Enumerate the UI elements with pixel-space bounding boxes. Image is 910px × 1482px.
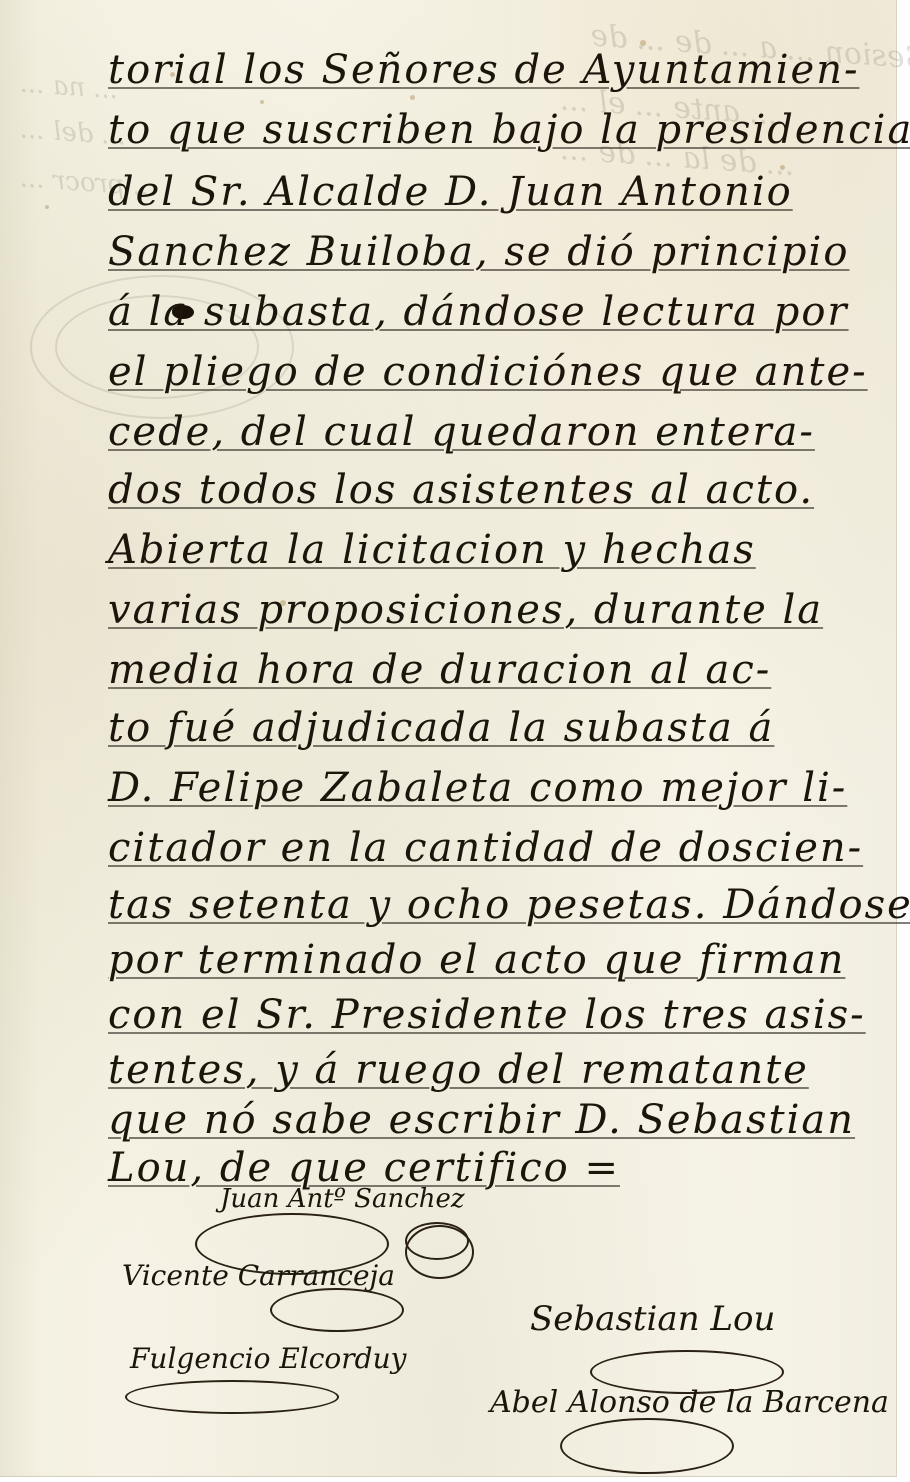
foxing-spot (410, 95, 415, 100)
signature-fulgencio-elcorduy: Fulgencio Elcorduy (130, 1345, 406, 1373)
manuscript-line: dos todos los asistentes al acto. (108, 470, 888, 510)
manuscript-page: Sesion ... a ... de ... de ... ante ... … (0, 0, 897, 1477)
foxing-spot (45, 205, 49, 209)
manuscript-line: Abierta la licitacion y hechas (108, 530, 888, 570)
manuscript-line: que nó sabe escribir D. Sebastian (108, 1100, 888, 1140)
signature-juan-antonio-sanchez: Juan Antº Sanchez (220, 1186, 465, 1212)
signature-flourish (405, 1222, 469, 1260)
manuscript-line: por terminado el acto que firman (108, 940, 888, 980)
manuscript-line: citador en la cantidad de doscien- (108, 828, 888, 868)
foxing-spot (260, 100, 264, 104)
signature-flourish (125, 1380, 339, 1414)
manuscript-line: con el Sr. Presidente los tres asis- (108, 995, 888, 1035)
signature-sebastian-lou: Sebastian Lou (530, 1302, 775, 1336)
manuscript-line: del Sr. Alcalde D. Juan Antonio (108, 172, 888, 212)
manuscript-line: tas setenta y ocho pesetas. Dándose (108, 885, 888, 925)
manuscript-line: cede, del cual quedaron entera- (108, 412, 888, 452)
manuscript-line: á la subasta, dándose lectura por (108, 292, 888, 332)
signature-abel-alonso-de-la-barcena: Abel Alonso de la Barcena (490, 1388, 889, 1418)
bleed-through-text: ... na ... (19, 69, 119, 106)
signature-vicente-carranceja: Vicente Carranceja (122, 1262, 395, 1290)
manuscript-line: to fué adjudicada la subasta á (108, 708, 888, 748)
manuscript-line: Sanchez Builoba, se dió principio (108, 232, 888, 272)
manuscript-line: el pliego de condiciónes que ante- (108, 352, 888, 392)
manuscript-line: varias proposiciones, durante la (108, 590, 888, 630)
manuscript-line: media hora de duracion al ac- (108, 650, 888, 690)
manuscript-line: tentes, y á ruego del rematante (108, 1050, 888, 1090)
signature-flourish (270, 1288, 404, 1332)
manuscript-line: torial los Señores de Ayuntamien- (108, 50, 888, 90)
foxing-spot (640, 40, 646, 46)
manuscript-line: D. Felipe Zabaleta como mejor li- (108, 768, 888, 808)
manuscript-line: to que suscriben bajo la presidencia (108, 110, 888, 150)
signature-flourish (560, 1418, 734, 1474)
manuscript-line: Lou, de que certifico = (108, 1148, 888, 1188)
